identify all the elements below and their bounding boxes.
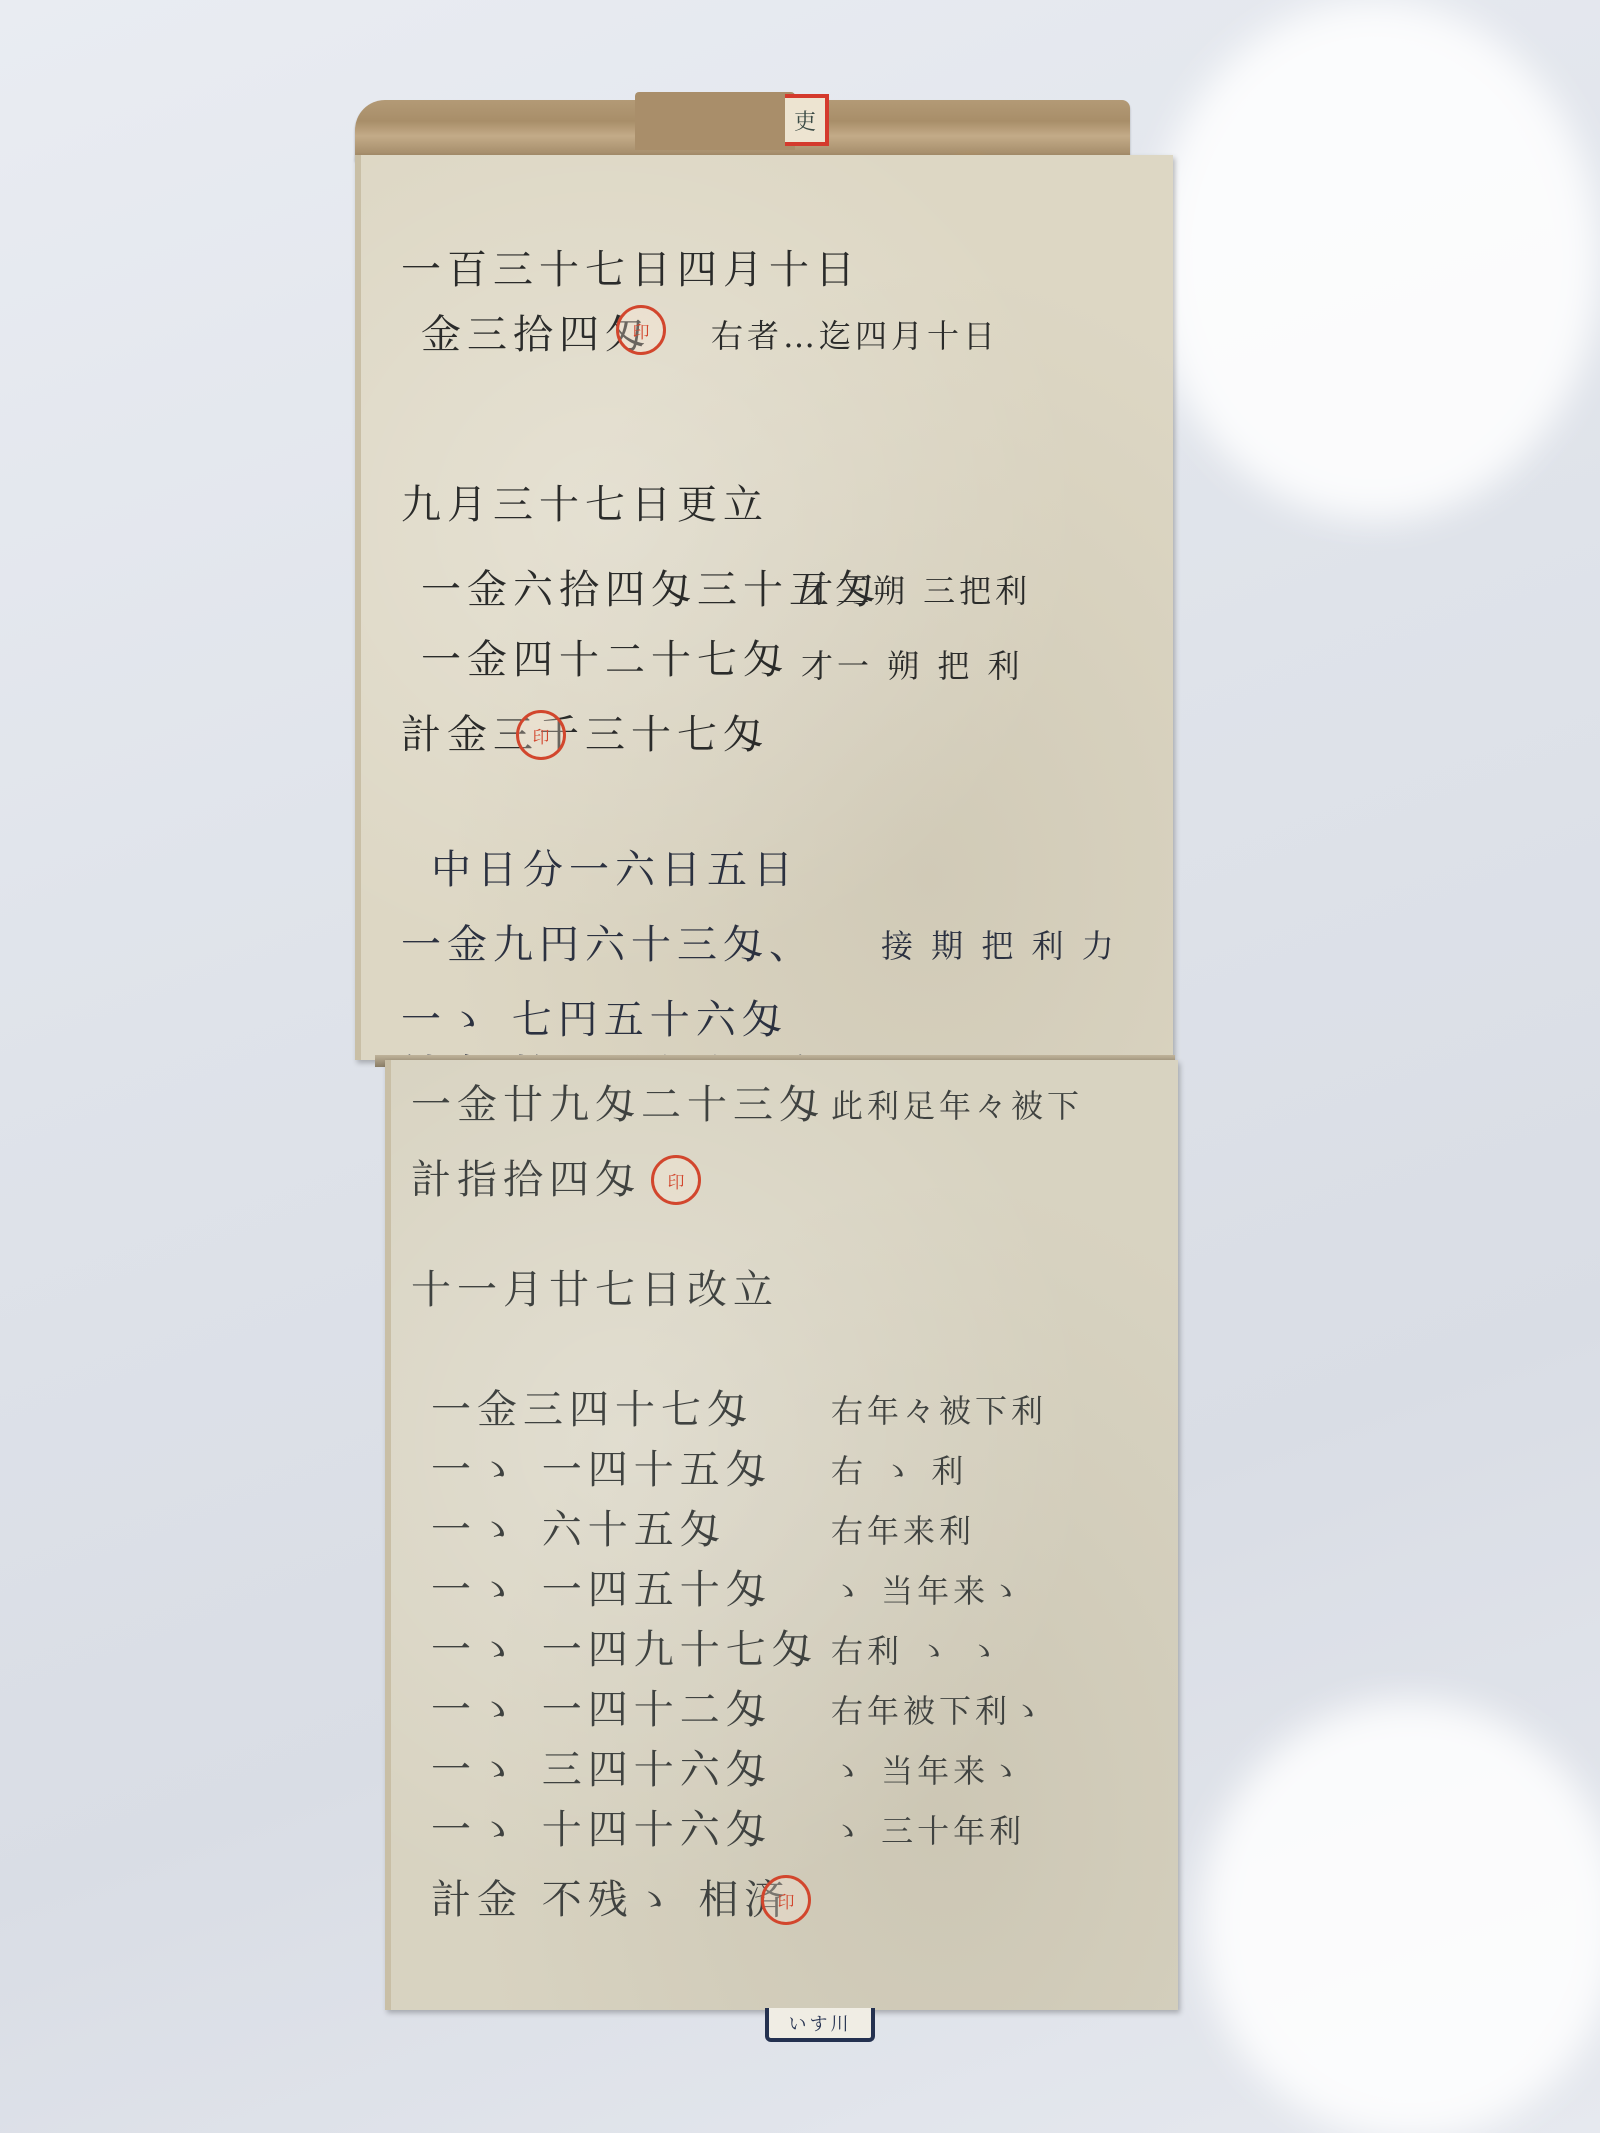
entry-b5: 一ゝ 一四十五匁 — [431, 1450, 772, 1490]
top-page: 一百三十七日四月十日 金三拾四匁 印 右者…迄四月十日 九月三十七日更立 一金六… — [355, 155, 1173, 1060]
entry-b4-note: 右年々被下利 — [831, 1395, 1047, 1427]
entry-t3: 九月三十七日更立 — [401, 485, 769, 525]
entry-b7: 一ゝ 一四五十匁 — [431, 1570, 772, 1610]
entry-b2: 計指拾四匁 — [411, 1160, 641, 1200]
entry-t4-note: 才三朔 三把利 — [801, 575, 1031, 607]
entry-b1: 一金廿九匁二十三匁 — [411, 1085, 825, 1125]
entry-b3: 十一月廿七日改立 — [411, 1270, 779, 1310]
background-glare — [1150, 0, 1600, 520]
entry-b9-note: 右年被下利ゝ — [831, 1695, 1047, 1727]
entry-b6: 一ゝ 六十五匁 — [431, 1510, 726, 1550]
entry-b4: 一金三四十七匁 — [431, 1390, 753, 1430]
entry-b8: 一ゝ 一四九十七匁 — [431, 1630, 818, 1670]
book-flap — [635, 92, 795, 150]
ledger-booklet: 吏 一百三十七日四月十日 金三拾四匁 印 右者…迄四月十日 九月三十七日更立 一… — [355, 100, 1170, 2025]
red-seal: 印 — [651, 1155, 701, 1205]
entry-b8-note: 右利 ゝ ゝ — [831, 1635, 1003, 1667]
bottom-label-text: いす川 — [789, 2010, 852, 2036]
entry-t5: 一金四十二十七匁 — [421, 640, 789, 680]
red-seal: 印 — [616, 305, 666, 355]
entry-t6: 計金三千三十七匁 — [401, 715, 769, 755]
entry-t8: 一金九円六十三匁、 — [401, 925, 815, 965]
entry-t5-note: 才一 朔 把 利 — [801, 650, 1024, 682]
red-seal: 印 — [516, 710, 566, 760]
entry-b6-note: 右年来利 — [831, 1515, 975, 1547]
entry-b11: 一ゝ 十四十六匁 — [431, 1810, 772, 1850]
entry-t7: 中日分一六日五日 — [431, 850, 799, 890]
entry-b12: 計金 不残ゝ 相済 — [431, 1880, 790, 1920]
entry-b9: 一ゝ 一四十二匁 — [431, 1690, 772, 1730]
bottom-label: いす川 — [765, 2008, 875, 2042]
entry-t8-note: 接 期 把 利 力 — [881, 930, 1118, 962]
entry-t9: 一ゝ 七円五十六匁 — [401, 1000, 788, 1040]
entry-b10: 一ゝ 三四十六匁 — [431, 1750, 772, 1790]
entry-b10-note: ゝ 当年来ゝ — [831, 1755, 1025, 1787]
entry-b7-note: ゝ 当年来ゝ — [831, 1575, 1025, 1607]
spine-label: 吏 — [785, 94, 829, 146]
bottom-page: 一金廿九匁二十三匁 此利足年々被下 計指拾四匁 印 十一月廿七日改立 一金三四十… — [385, 1060, 1178, 2010]
spine-label-text: 吏 — [794, 105, 816, 136]
entry-b5-note: 右 ゝ 利 — [831, 1455, 967, 1487]
entry-t2-note: 右者…迄四月十日 — [711, 320, 999, 352]
background-glare — [1200, 1700, 1600, 2133]
red-seal: 印 — [761, 1875, 811, 1925]
entry-b11-note: ゝ 三十年利 — [831, 1815, 1025, 1847]
entry-b1-note: 此利足年々被下 — [831, 1090, 1083, 1122]
entry-t1: 一百三十七日四月十日 — [401, 250, 861, 290]
